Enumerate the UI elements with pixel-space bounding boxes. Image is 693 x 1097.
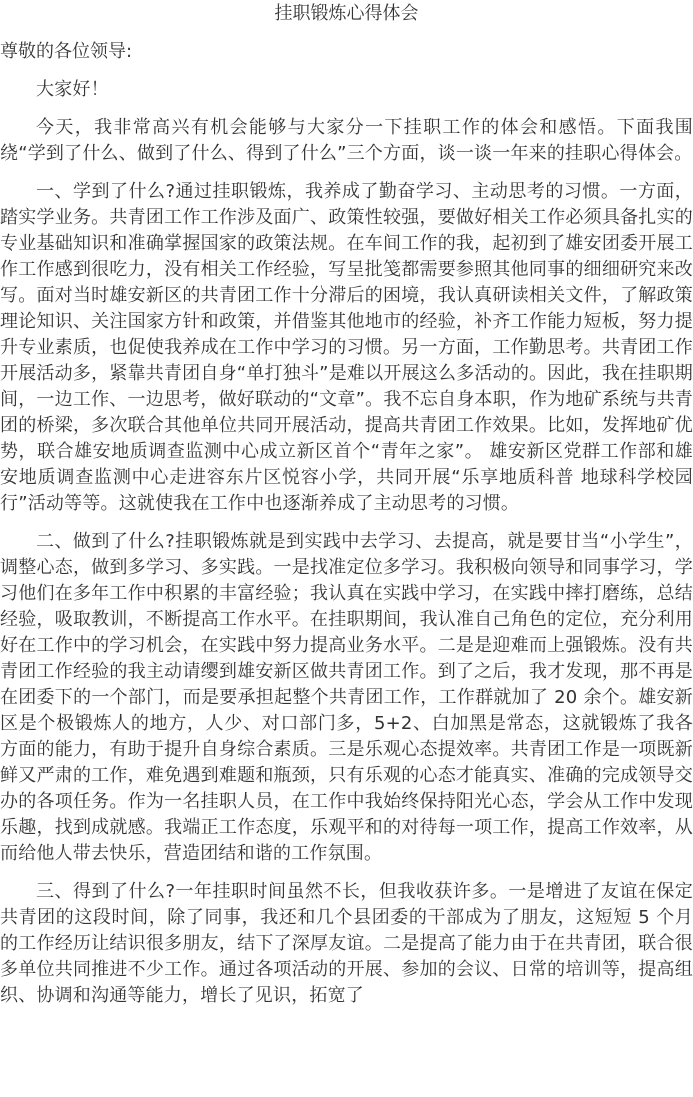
paragraph-intro: 今天，我非常高兴有机会能够与大家分一下挂职工作的体会和感悟。下面我围绕“学到了什…	[0, 115, 693, 167]
paragraph-section-1: 一、学到了什么?通过挂职锻炼，我养成了勤奋学习、主动思考的习惯。一方面，踏实学业…	[0, 179, 693, 517]
paragraph-section-2: 二、做到了什么?挂职锻炼就是到实践中去学习、去提高，就是要甘当“小学生”，调整心…	[0, 529, 693, 867]
salutation: 尊敬的各位领导:	[0, 39, 693, 65]
document-title: 挂职锻炼心得体会	[0, 0, 693, 27]
document: 挂职锻炼心得体会 尊敬的各位领导: 大家好！ 今天，我非常高兴有机会能够与大家分…	[0, 0, 693, 1009]
greeting: 大家好！	[0, 77, 693, 103]
paragraph-section-3: 三、得到了什么?一年挂职时间虽然不长，但我收获许多。一是增进了友谊在保定共青团的…	[0, 879, 693, 1009]
